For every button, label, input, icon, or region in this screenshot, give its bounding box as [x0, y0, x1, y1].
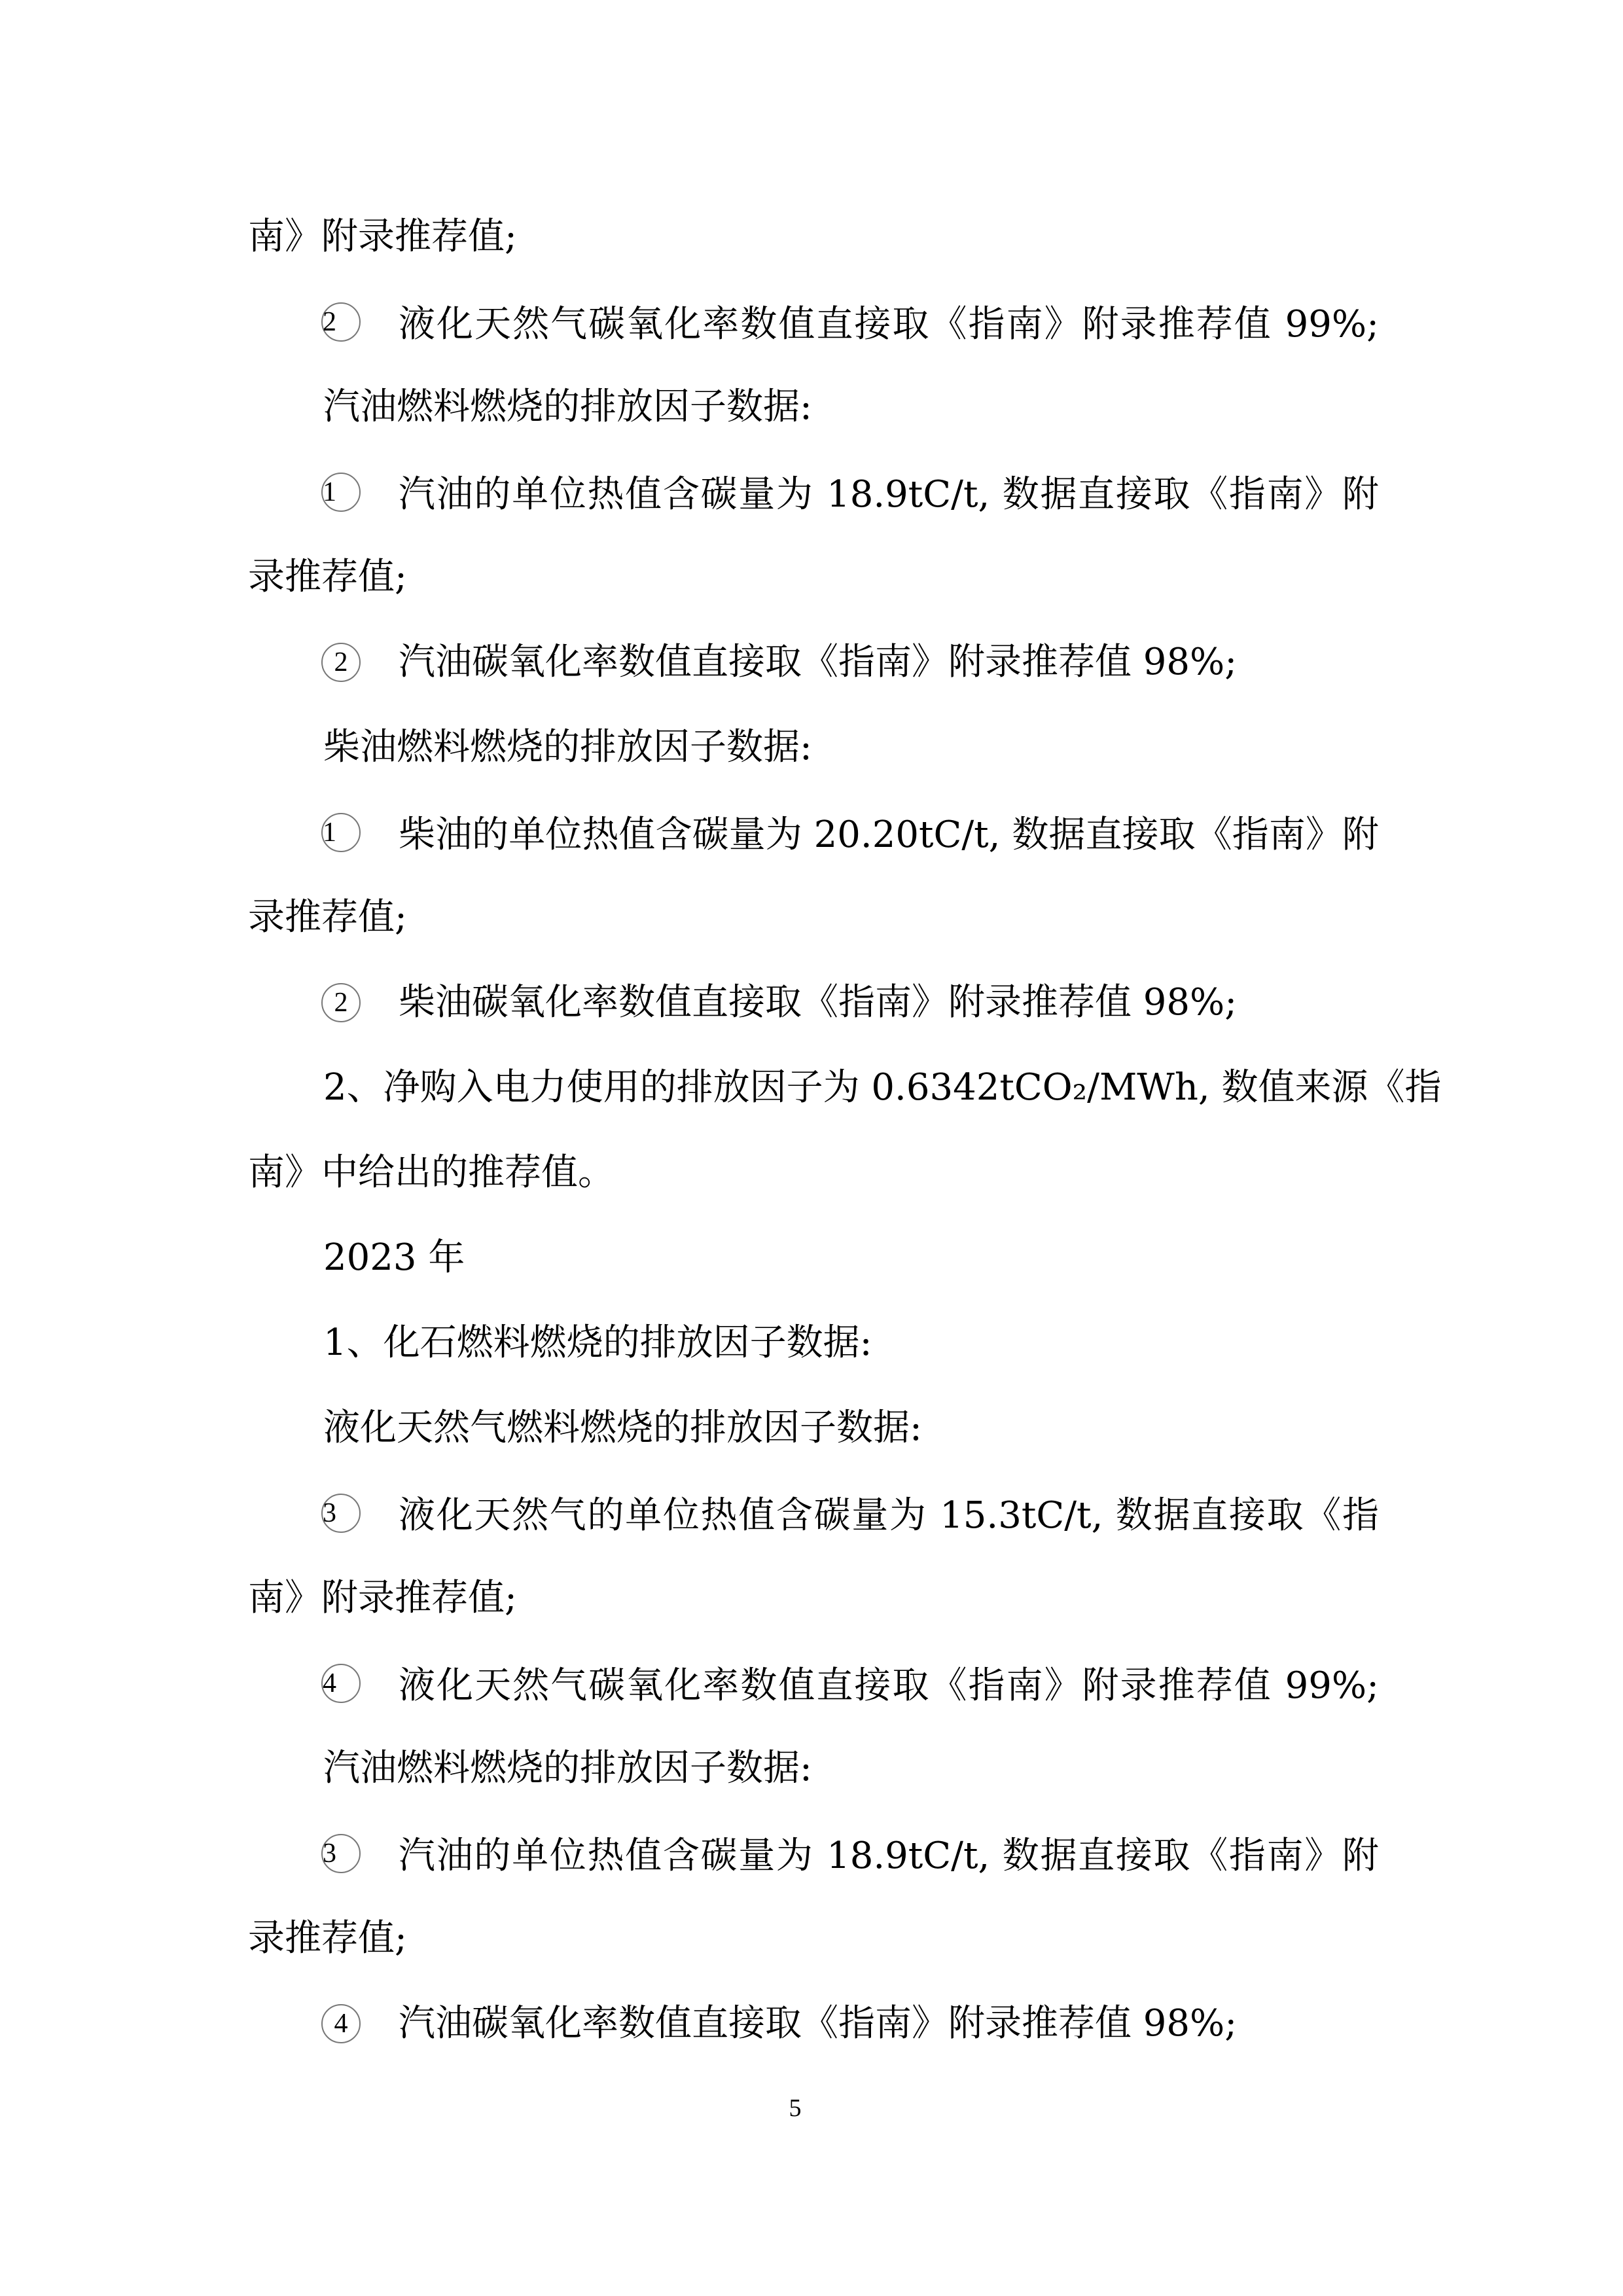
continuation-line: 南》附录推荐值;: [248, 1575, 1379, 1622]
circled-number-marker: 3: [321, 1834, 361, 1873]
list-item-text: 柴油的单位热值含碳量为 20.20tC/t, 数据直接取《指南》附: [399, 812, 1379, 859]
paragraph-line: 1、化石燃料燃烧的排放因子数据:: [323, 1319, 1379, 1367]
continuation-line: 录推荐值;: [248, 1915, 1379, 1962]
page-number: 5: [779, 2093, 811, 2123]
circled-number-marker: 1: [321, 813, 361, 852]
circled-number-marker: 2: [321, 983, 361, 1022]
list-item: 4液化天然气碳氧化率数值直接取《指南》附录推荐值 99%;: [321, 1660, 1379, 1707]
continuation-line: 南》中给出的推荐值。: [248, 1149, 1379, 1196]
list-item-text: 液化天然气碳氧化率数值直接取《指南》附录推荐值 99%;: [399, 1662, 1379, 1710]
list-item-text: 液化天然气碳氧化率数值直接取《指南》附录推荐值 99%;: [399, 301, 1379, 348]
circled-number-marker: 2: [321, 302, 361, 342]
list-item-text: 柴油碳氧化率数值直接取《指南》附录推荐值 98%;: [399, 981, 1237, 1024]
list-item-text: 汽油的单位热值含碳量为 18.9tC/t, 数据直接取《指南》附: [399, 1833, 1379, 1880]
continuation-line: 录推荐值;: [248, 554, 1379, 601]
list-item: 2柴油碳氧化率数值直接取《指南》附录推荐值 98%;: [321, 979, 1379, 1026]
list-item: 3汽油的单位热值含碳量为 18.9tC/t, 数据直接取《指南》附: [321, 1830, 1379, 1877]
list-item: 3液化天然气的单位热值含碳量为 15.3tC/t, 数据直接取《指: [321, 1490, 1379, 1537]
paragraph-line: 2、净购入电力使用的排放因子为 0.6342tCO₂/MWh, 数值来源《指: [323, 1064, 1379, 1111]
list-item: 1汽油的单位热值含碳量为 18.9tC/t, 数据直接取《指南》附: [321, 469, 1379, 516]
paragraph-line: 2023 年: [323, 1234, 1379, 1282]
list-item: 1柴油的单位热值含碳量为 20.20tC/t, 数据直接取《指南》附: [321, 809, 1379, 856]
circled-number-marker: 4: [321, 1664, 361, 1703]
circled-number-marker: 4: [321, 2004, 361, 2043]
list-item: 2液化天然气碳氧化率数值直接取《指南》附录推荐值 99%;: [321, 298, 1379, 346]
paragraph-line: 汽油燃料燃烧的排放因子数据:: [323, 384, 1379, 431]
list-item-text: 汽油的单位热值含碳量为 18.9tC/t, 数据直接取《指南》附: [399, 471, 1379, 518]
list-item-text: 汽油碳氧化率数值直接取《指南》附录推荐值 98%;: [399, 641, 1237, 683]
continuation-line: 录推荐值;: [248, 894, 1379, 941]
continuation-line: 南》附录推荐值;: [248, 213, 1379, 260]
document-page: 南》附录推荐值;2液化天然气碳氧化率数值直接取《指南》附录推荐值 99%;汽油燃…: [0, 0, 1623, 2296]
paragraph-line: 柴油燃料燃烧的排放因子数据:: [323, 724, 1379, 771]
paragraph-line: 液化天然气燃料燃烧的排放因子数据:: [323, 1405, 1379, 1452]
list-item: 2汽油碳氧化率数值直接取《指南》附录推荐值 98%;: [321, 639, 1379, 686]
circled-number-marker: 2: [321, 643, 361, 682]
paragraph-line: 汽油燃料燃烧的排放因子数据:: [323, 1745, 1379, 1792]
circled-number-marker: 3: [321, 1494, 361, 1533]
circled-number-marker: 1: [321, 473, 361, 512]
list-item-text: 汽油碳氧化率数值直接取《指南》附录推荐值 98%;: [399, 2002, 1237, 2045]
list-item-text: 液化天然气的单位热值含碳量为 15.3tC/t, 数据直接取《指: [399, 1492, 1379, 1539]
list-item: 4汽油碳氧化率数值直接取《指南》附录推荐值 98%;: [321, 2000, 1379, 2047]
